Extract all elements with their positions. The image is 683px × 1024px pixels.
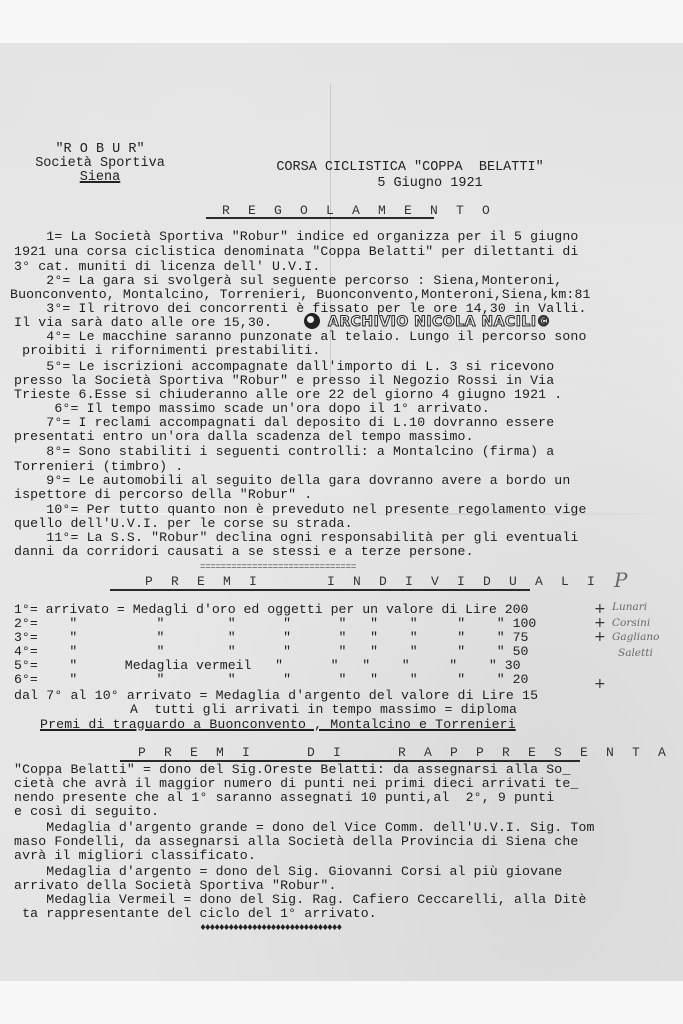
- rule-line: 6°= Il tempo massimo scade un'ora dopo i…: [14, 402, 490, 416]
- rule-line: presentati entro un'ora dalla scadenza d…: [14, 430, 474, 444]
- rule-line: 11°= La S.S. "Robur" declina ogni respon…: [14, 531, 578, 545]
- plus-mark: +: [594, 629, 606, 645]
- rappresentanza-line: maso Fondelli, da assegnarsi alla Societ…: [14, 835, 578, 849]
- plus-mark: +: [594, 676, 606, 692]
- prize-row: 2°= " " " " " " " " " 100: [14, 617, 536, 631]
- rappresentanza-line: "Coppa Belatti" = dono del Sig.Oreste Be…: [14, 763, 570, 777]
- rappresentanza-line: nendo presente che al 1° saranno assegna…: [14, 791, 554, 805]
- rule-line: Il via sarà dato alle ore 15,30.: [14, 316, 272, 330]
- regolamento-underline: [206, 217, 434, 219]
- rule-line: 7°= I reclami accompagnati dal deposito …: [14, 416, 554, 430]
- rule-line: Torrenieri (timbro) .: [14, 460, 183, 474]
- rule-line: 1= La Società Sportiva "Robur" indice ed…: [14, 230, 578, 244]
- club-city: Siena: [30, 171, 170, 185]
- rappresentanza-line: arrivato della Società Sportiva "Robur".: [14, 879, 337, 893]
- prize-row: 6°= " " " " " " " " " 20: [14, 673, 528, 687]
- club-header: "R O B U R" Società Sportiva Siena: [30, 143, 170, 185]
- rappresentanza-line: Medaglia Vermeil = dono del Sig. Rag. Ca…: [14, 893, 587, 907]
- rule-line: 2°= La gara si svolgerà sul seguente per…: [14, 274, 562, 288]
- rappresentanza-line: ta rappresentante del ciclo del 1° arriv…: [14, 907, 377, 921]
- regolamento-title: R E G O L A M E N T O: [222, 203, 495, 218]
- rule-line: Trieste 6.Esse si chiuderanno alle ore 2…: [14, 388, 562, 402]
- premi-rappresentanza-title: P R E M I D I R A P P R E S E N T A N Z …: [138, 745, 683, 760]
- separator-line: ==============================: [200, 562, 356, 572]
- rappresentanza-line: Medaglia d'argento = dono del Sig. Giova…: [14, 865, 562, 879]
- event-date: 5 Giugno 1921: [240, 176, 580, 192]
- prize-row: 3°= " " " " " " " " " 75: [14, 631, 528, 645]
- archive-watermark: ARCHIVIO NICOLA NACILI©: [304, 313, 551, 330]
- rule-line: Buonconvento, Montalcino, Torrenieri, Bu…: [10, 288, 591, 302]
- rule-line: 1921 una corsa ciclistica denominata "Co…: [14, 245, 578, 259]
- handwritten-name: Gagliano: [612, 631, 659, 643]
- extra-prize-line: dal 7° al 10° arrivato = Medaglia d'arge…: [14, 689, 538, 703]
- rule-line: 10°= Per tutto quanto non è preveduto ne…: [14, 503, 587, 517]
- rule-line: presso la Società Sportiva "Robur" e pre…: [14, 374, 554, 388]
- rappresentanza-line: e così di seguito.: [14, 805, 159, 819]
- rule-line: 9°= Le automobili al seguito della gara …: [14, 474, 570, 488]
- premi-individuali-title: P R E M I I N D I V I D U A L I: [145, 574, 600, 589]
- handwritten-name: Lunari: [612, 601, 647, 613]
- traguardo-line: Premi di traguardo a Buonconvento , Mont…: [40, 718, 516, 732]
- club-type: Società Sportiva: [30, 157, 170, 171]
- rule-line: 3° cat. muniti di licenza dell' U.V.I.: [14, 260, 320, 274]
- handwritten-name: Saletti: [618, 647, 653, 659]
- rule-line: 5°= Le iscrizioni accompagnate dall'impo…: [14, 360, 554, 374]
- rule-line: proibiti i rifornimenti prestabiliti.: [14, 344, 320, 358]
- club-name: "R O B U R": [30, 143, 170, 157]
- event-header: CORSA CICLISTICA "COPPA BELATTI" 5 Giugn…: [240, 160, 580, 192]
- prize-row: 1°= arrivato = Medagli d'oro ed oggetti …: [14, 603, 528, 617]
- rule-line: ispettore di percorso della "Robur" .: [14, 488, 312, 502]
- rule-line: quello dell'U.V.I. per le corse su strad…: [14, 517, 353, 531]
- rule-line: 4°= Le macchine saranno punzonate al tel…: [14, 330, 587, 344]
- prize-row: 5°= " Medaglia vermeil " " " " " " 30: [14, 659, 521, 673]
- handwritten-mark: P: [614, 568, 627, 592]
- handwritten-name: Corsini: [612, 617, 650, 629]
- ornament-divider: ♦♦♦♦♦♦♦♦♦♦♦♦♦♦♦♦♦♦♦♦♦♦♦♦♦♦♦♦♦♦: [200, 923, 341, 934]
- rule-line: danni da corridori causati a se stessi e…: [14, 545, 474, 559]
- rappresentanza-line: cietà che avrà il maggior numero di punt…: [14, 777, 578, 791]
- rappresentanza-line: Medaglia d'argento grande = dono del Vic…: [14, 821, 595, 835]
- rule-line: 8°= Sono stabiliti i seguenti controlli:…: [14, 445, 554, 459]
- rappresentanza-line: avrà il migliori classificato.: [14, 849, 256, 863]
- prize-row: 4°= " " " " " " " " " 50: [14, 645, 528, 659]
- archive-logo-icon: [304, 313, 320, 329]
- event-title: CORSA CICLISTICA "COPPA BELATTI": [240, 160, 580, 176]
- premi-individuali-underline: [110, 589, 530, 591]
- diploma-line: A tutti gli arrivati in tempo massimo = …: [130, 703, 517, 717]
